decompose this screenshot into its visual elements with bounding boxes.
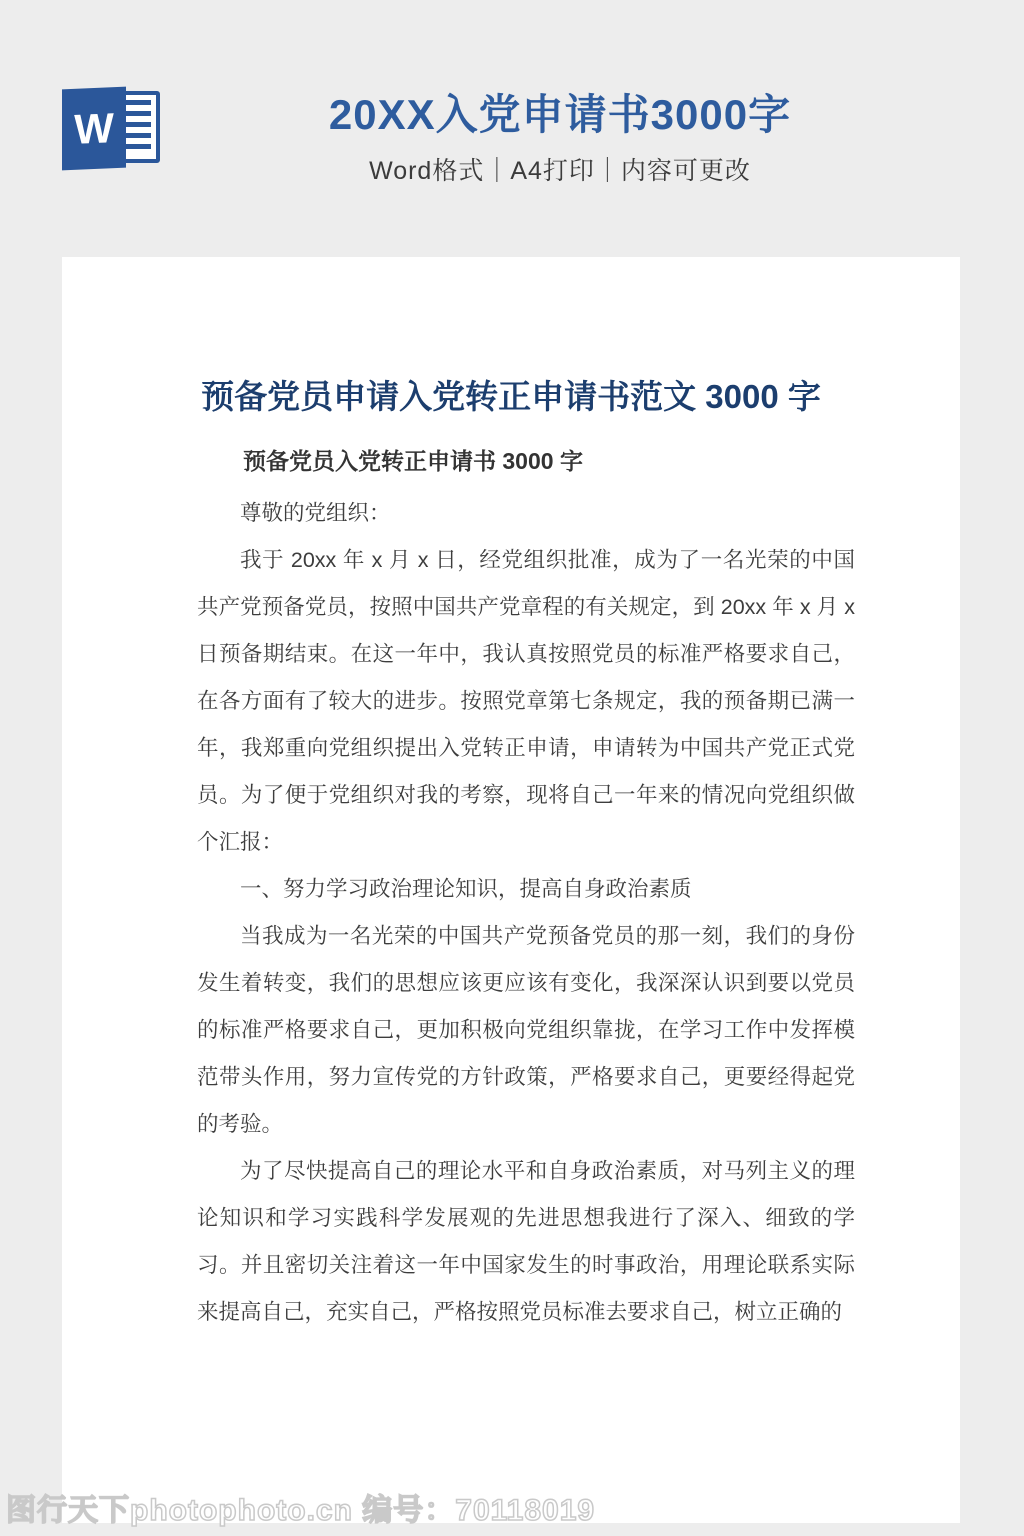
page-root: { "header": { "title": "20XX入党申请书3000字",… xyxy=(0,0,1024,1536)
document-page: 预备党员申请入党转正申请书范文 3000 字 预备党员入党转正申请书 3000 … xyxy=(62,257,960,1523)
document-paragraph: 我于 20xx 年 x 月 x 日，经党组织批准，成为了一名光荣的中国共产党预备… xyxy=(197,537,855,866)
document-paragraph-salutation: 尊敬的党组织： xyxy=(197,490,855,537)
word-icon-front-panel: W xyxy=(62,87,126,171)
site-watermark: 图行天下photophoto.cn 编号：70118019 xyxy=(6,1485,595,1529)
template-title: 20XX入党申请书3000字 xyxy=(160,90,960,140)
document-subtitle: 预备党员入党转正申请书 3000 字 xyxy=(197,440,855,482)
word-icon-letter: W xyxy=(74,107,114,151)
header-text-block: 20XX入党申请书3000字 Word格式｜A4打印｜内容可更改 xyxy=(160,90,960,187)
document-title: 预备党员申请入党转正申请书范文 3000 字 xyxy=(102,376,920,418)
word-file-icon: W xyxy=(62,84,162,174)
document-body: 预备党员入党转正申请书 3000 字 尊敬的党组织： 我于 20xx 年 x 月… xyxy=(197,440,855,1336)
template-format-subtitle: Word格式｜A4打印｜内容可更改 xyxy=(160,155,960,187)
site-header: W 20XX入党申请书3000字 Word格式｜A4打印｜内容可更改 xyxy=(0,0,1024,257)
document-section-heading: 一、努力学习政治理论知识，提高自身政治素质 xyxy=(197,866,855,913)
document-paragraph: 为了尽快提高自己的理论水平和自身政治素质，对马列主义的理论知识和学习实践科学发展… xyxy=(197,1148,855,1336)
document-paragraph: 当我成为一名光荣的中国共产党预备党员的那一刻，我们的身份发生着转变，我们的思想应… xyxy=(197,913,855,1148)
